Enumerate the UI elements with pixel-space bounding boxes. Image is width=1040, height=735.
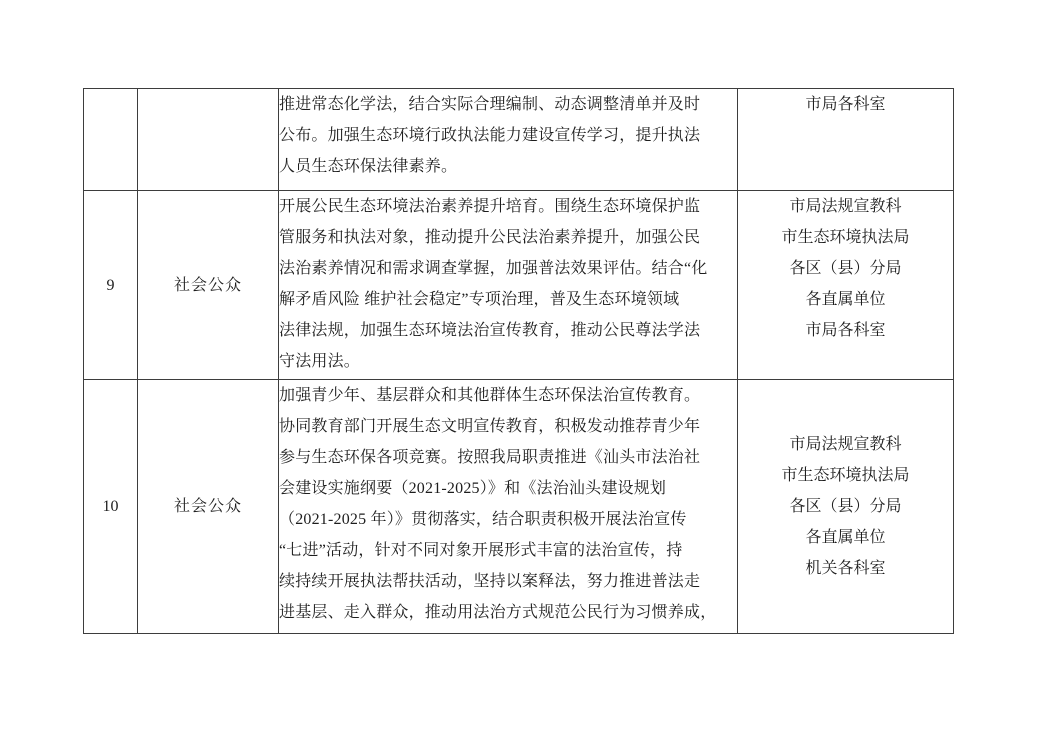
document-page: 推进常态化学法，结合实际合理编制、动态调整清单并及时 公布。加强生态环境行政执法… (0, 0, 1040, 735)
row-number-cell: 9 (84, 191, 138, 380)
responsible-units-cell: 市局法规宣教科 市生态环境执法局 各区（县）分局 各直属单位 市局各科室 (738, 191, 954, 380)
responsible-units-cell: 市局各科室 (738, 89, 954, 191)
task-description-cell: 推进常态化学法，结合实际合理编制、动态调整清单并及时 公布。加强生态环境行政执法… (279, 89, 738, 191)
task-table: 推进常态化学法，结合实际合理编制、动态调整清单并及时 公布。加强生态环境行政执法… (83, 88, 954, 634)
row-number-cell (84, 89, 138, 191)
target-group-cell: 社会公众 (138, 380, 279, 634)
table-row-10: 10 社会公众 加强青少年、基层群众和其他群体生态环保法治宣传教育。 协同教育部… (84, 380, 954, 634)
target-group-cell (138, 89, 279, 191)
table-row-9: 9 社会公众 开展公民生态环境法治素养提升培育。围绕生态环境保护监 管服务和执法… (84, 191, 954, 380)
target-group-cell: 社会公众 (138, 191, 279, 380)
task-description-cell: 加强青少年、基层群众和其他群体生态环保法治宣传教育。 协同教育部门开展生态文明宣… (279, 380, 738, 634)
responsible-units-cell: 市局法规宣教科 市生态环境执法局 各区（县）分局 各直属单位 机关各科室 (738, 380, 954, 634)
task-description-cell: 开展公民生态环境法治素养提升培育。围绕生态环境保护监 管服务和执法对象，推动提升… (279, 191, 738, 380)
row-number-cell: 10 (84, 380, 138, 634)
table-row-continuation: 推进常态化学法，结合实际合理编制、动态调整清单并及时 公布。加强生态环境行政执法… (84, 89, 954, 191)
